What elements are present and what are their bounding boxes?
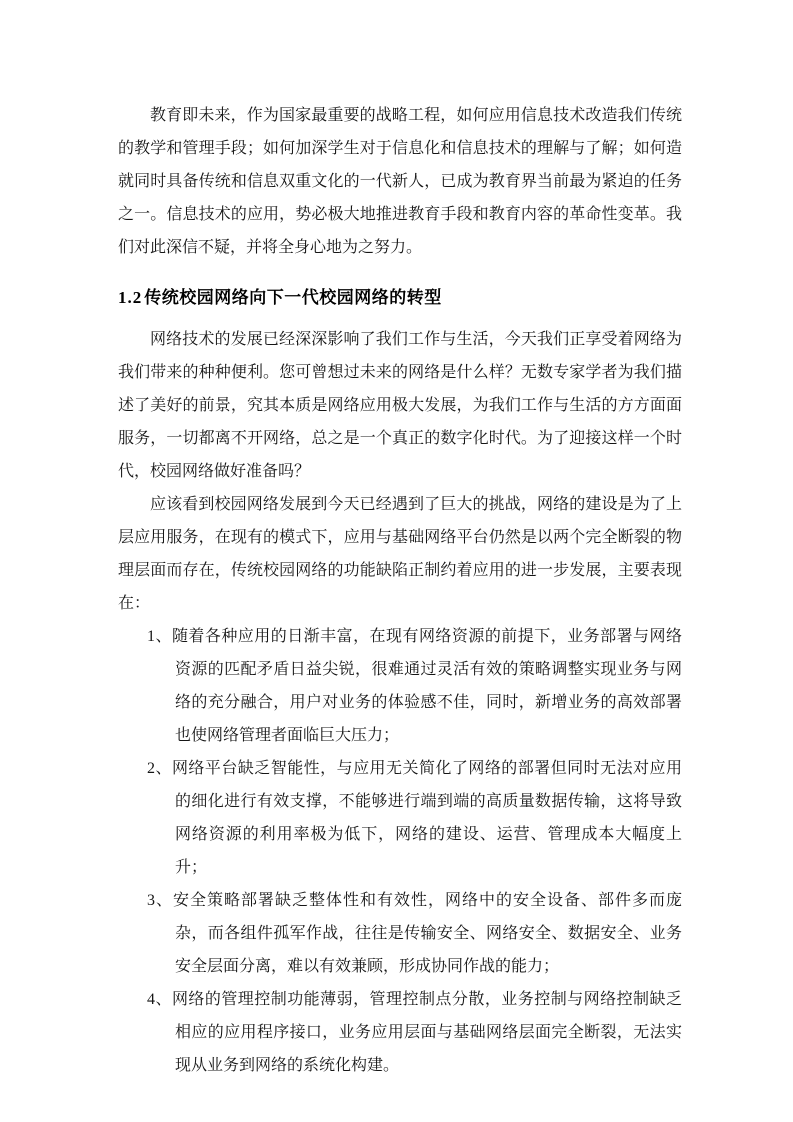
list-item-number: 4、 bbox=[147, 991, 172, 1008]
list-item-text: 安全策略部署缺乏整体性和有效性，网络中的安全设备、部件多而庞杂，而各组件孤军作战… bbox=[173, 892, 682, 975]
paragraph-intro: 教育即未来，作为国家最重要的战略工程，如何应用信息技术改造我们传统的教学和管理手… bbox=[118, 99, 682, 264]
list-item: 4、网络的管理控制功能薄弱，管理控制点分散，业务控制与网络控制缺乏相应的应用程序… bbox=[175, 983, 682, 1082]
paragraph-network-development: 网络技术的发展已经深深影响了我们工作与生活，今天我们正享受着网络为我们带来的种种… bbox=[118, 323, 682, 488]
list-item-number: 2、 bbox=[147, 760, 172, 777]
list-item-number: 3、 bbox=[147, 892, 173, 909]
paragraph-challenge: 应该看到校园网络发展到今天已经遇到了巨大的挑战，网络的建设是为了上层应用服务，在… bbox=[118, 488, 682, 620]
list-item-number: 1、 bbox=[147, 628, 172, 645]
list-item-text: 随着各种应用的日渐丰富，在现有网络资源的前提下，业务部署与网络资源的匹配矛盾日益… bbox=[172, 628, 682, 744]
list-item-text: 网络的管理控制功能薄弱，管理控制点分散，业务控制与网络控制缺乏相应的应用程序接口… bbox=[172, 991, 682, 1074]
list-item: 2、网络平台缺乏智能性，与应用无关简化了网络的部署但同时无法对应用的细化进行有效… bbox=[175, 752, 682, 884]
list-item: 3、安全策略部署缺乏整体性和有效性，网络中的安全设备、部件多而庞杂，而各组件孤军… bbox=[175, 884, 682, 983]
document-page: 教育即未来，作为国家最重要的战略工程，如何应用信息技术改造我们传统的教学和管理手… bbox=[0, 0, 793, 1122]
numbered-list: 1、随着各种应用的日渐丰富，在现有网络资源的前提下，业务部署与网络资源的匹配矛盾… bbox=[118, 620, 682, 1082]
section-heading-number: 1.2 bbox=[118, 288, 142, 307]
list-item: 1、随着各种应用的日渐丰富，在现有网络资源的前提下，业务部署与网络资源的匹配矛盾… bbox=[175, 620, 682, 752]
section-heading: 1.2传统校园网络向下一代校园网络的转型 bbox=[118, 281, 682, 314]
section-heading-title: 传统校园网络向下一代校园网络的转型 bbox=[144, 288, 442, 307]
list-item-text: 网络平台缺乏智能性，与应用无关简化了网络的部署但同时无法对应用的细化进行有效支撑… bbox=[172, 760, 682, 876]
